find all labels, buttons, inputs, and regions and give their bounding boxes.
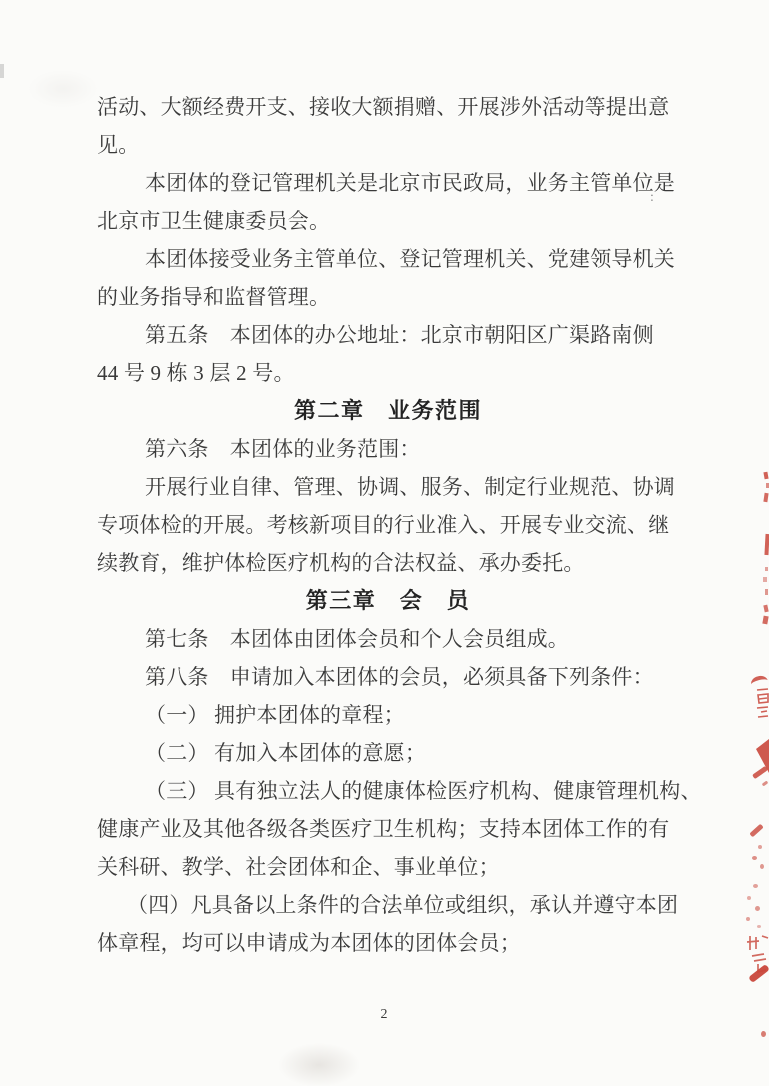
- seal-fragment: [761, 1031, 766, 1037]
- text-line: （三） 具有独立法人的健康体检医疗机构、健康管理机构、: [97, 772, 679, 810]
- text-line: （四）凡具备以上条件的合法单位或组织，承认并遵守本团: [97, 886, 679, 924]
- text-line: （二） 有加入本团体的意愿；: [97, 734, 679, 772]
- seal-fragment: [755, 688, 769, 722]
- text-line: 见。: [97, 126, 679, 164]
- text-line: 第五条 本团体的办公地址：北京市朝阳区广渠路南侧: [97, 316, 679, 354]
- text-line: （一） 拥护本团体的章程；: [97, 696, 679, 734]
- page-number: 2: [362, 1006, 406, 1024]
- seal-fragment: [765, 567, 768, 571]
- seal-fragment: [763, 493, 768, 502]
- text-line: 体章程，均可以申请成为本团体的团体会员；: [97, 924, 679, 962]
- text-line: 北京市卫生健康委员会。: [97, 202, 679, 240]
- seal-fragment: [764, 534, 769, 555]
- seal-fragment: [758, 845, 762, 849]
- text-line: 44 号 9 栋 3 层 2 号。: [97, 354, 679, 392]
- document-body: 活动、大额经费开支、接收大额捐赠、开展涉外活动等提出意 见。 本团体的登记管理机…: [97, 88, 679, 962]
- seal-fragment: [765, 589, 768, 595]
- scan-edge-mark: [0, 64, 4, 78]
- seal-fragment: [763, 605, 768, 613]
- text-line: 的业务指导和监督管理。: [97, 278, 679, 316]
- scan-smudge: [278, 1043, 360, 1086]
- chapter-heading: 第二章 业务范围: [97, 392, 679, 430]
- seal-fragment: [752, 856, 757, 860]
- seal-fragment: [755, 906, 760, 911]
- seal-fragment: [762, 616, 768, 625]
- chapter-heading: 第三章 会 员: [97, 582, 679, 620]
- text-line: 健康产业及其他各级各类医疗卫生机构；支持本团体工作的有: [97, 810, 679, 848]
- seal-fragment: [760, 864, 764, 869]
- text-line: 活动、大额经费开支、接收大额捐赠、开展涉外活动等提出意: [97, 88, 679, 126]
- text-line: 专项体检的开展。考核新项目的行业准入、开展专业交流、继: [97, 506, 679, 544]
- scan-smudge: [28, 70, 98, 108]
- text-line: 关科研、教学、社会团体和企、事业单位；: [97, 848, 679, 886]
- seal-fragment: [762, 781, 769, 787]
- text-line: 本团体接受业务主管单位、登记管理机关、党建领导机关: [97, 240, 679, 278]
- text-line: 第六条 本团体的业务范围：: [97, 430, 679, 468]
- text-line: 本团体的登记管理机关是北京市民政局，业务主管单位是: [97, 164, 679, 202]
- seal-fragment: [753, 884, 758, 888]
- text-line: 续教育，维护体检医疗机构的合法权益、承办委托。: [97, 544, 679, 582]
- seal-fragment: [747, 896, 751, 900]
- seal-fragment: [749, 824, 763, 838]
- seal-fragment: [763, 472, 768, 480]
- text-line: 开展行业自律、管理、协调、服务、制定行业规范、协调: [97, 468, 679, 506]
- seal-fragment: [757, 925, 761, 928]
- text-line: 第七条 本团体由团体会员和个人会员组成。: [97, 620, 679, 658]
- seal-fragment: [746, 917, 750, 921]
- document-page: 活动、大额经费开支、接收大额捐赠、开展涉外活动等提出意 见。 本团体的登记管理机…: [0, 0, 769, 1086]
- text-line: 第八条 申请加入本团体的会员，必须具备下列条件：: [97, 658, 679, 696]
- scan-artifact-colon: :: [650, 190, 654, 206]
- seal-fragment: [763, 577, 767, 582]
